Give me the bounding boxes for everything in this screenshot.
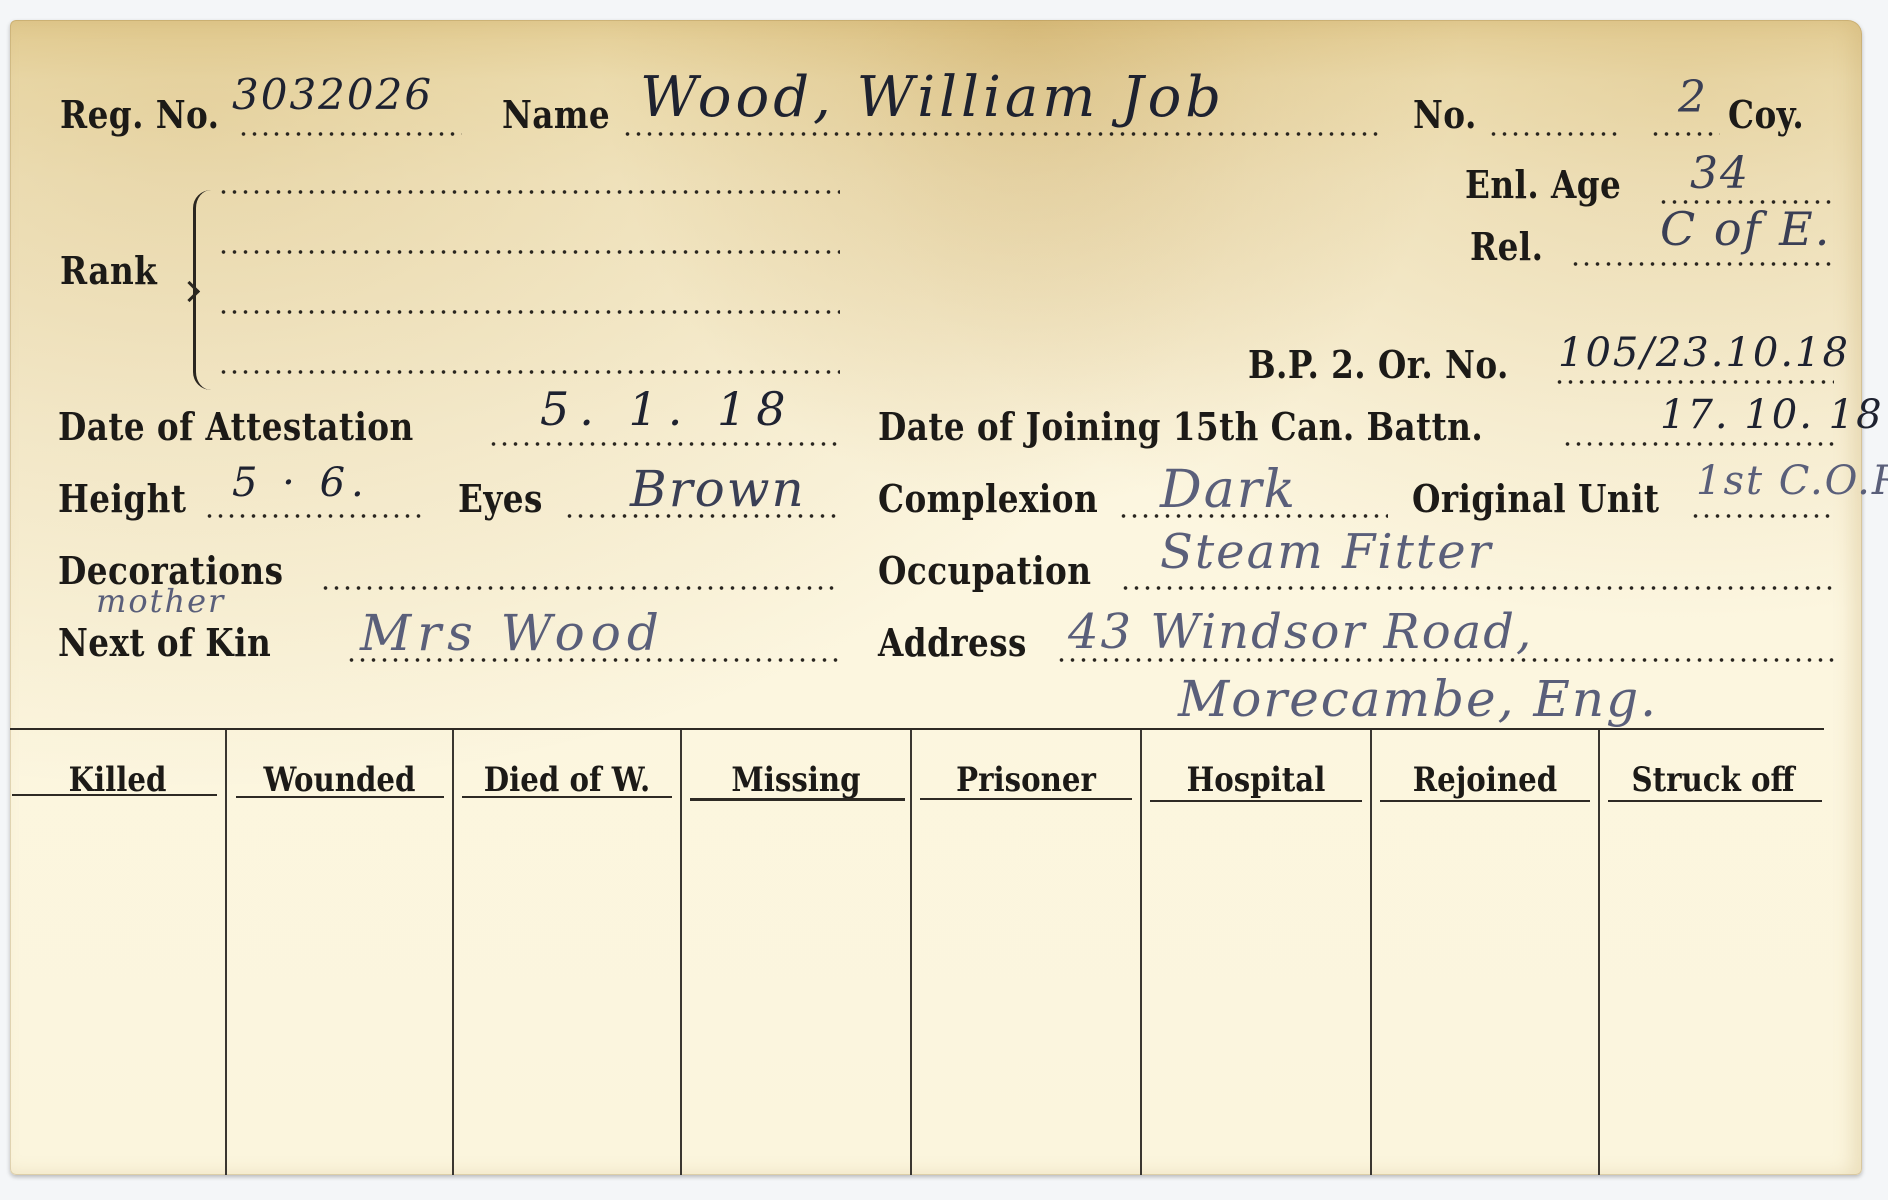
next-of-kin-value: Mrs Wood <box>360 604 665 662</box>
rank-brace-icon <box>193 190 218 390</box>
height-value: 5 · 6. <box>232 460 370 506</box>
date-of-joining-dots <box>1562 442 1834 446</box>
col-divider-5 <box>1140 730 1142 1175</box>
date-of-joining-value: 17. 10. 18 <box>1660 392 1884 438</box>
header-underline-1 <box>12 794 217 796</box>
eyes-value: Brown <box>630 460 806 518</box>
rank-line-3 <box>218 310 840 314</box>
col-divider-6 <box>1370 730 1372 1175</box>
coy-label: Coy. <box>1728 92 1804 137</box>
header-underline-3 <box>462 796 672 798</box>
next-of-kin-relation: mother <box>96 582 225 620</box>
table-top-rule <box>10 728 1824 730</box>
height-dots <box>204 514 424 518</box>
address-line-2: Morecambe, Eng. <box>1178 670 1658 728</box>
next-of-kin-label: Next of Kin <box>58 620 271 665</box>
complexion-value: Dark <box>1160 460 1297 520</box>
header-underline-2 <box>236 796 444 798</box>
original-unit-value: 1st C.O.R. <box>1696 458 1888 504</box>
column-header-died-of-wounds: Died of W. <box>470 760 664 800</box>
religion-dots <box>1570 262 1833 266</box>
header-underline-5 <box>920 798 1132 800</box>
header-underline-4 <box>690 798 905 801</box>
header-underline-6 <box>1150 800 1362 802</box>
column-header-rejoined: Rejoined <box>1388 760 1582 800</box>
column-header-missing: Missing <box>698 760 894 800</box>
name-value: Wood, William Job <box>640 65 1225 130</box>
date-of-attestation-label: Date of Attestation <box>58 404 414 449</box>
column-header-hospital: Hospital <box>1158 760 1354 800</box>
reg-no-value: 3032026 <box>232 70 433 119</box>
address-line-1: 43 Windsor Road, <box>1068 604 1533 660</box>
col-divider-1 <box>225 730 227 1175</box>
religion-value: C of E. <box>1660 202 1831 256</box>
header-underline-7 <box>1380 800 1590 802</box>
address-label: Address <box>878 620 1027 665</box>
col-divider-7 <box>1598 730 1600 1175</box>
company-no-dots <box>1488 132 1618 136</box>
occupation-dots <box>1120 586 1834 590</box>
enl-age-label: Enl. Age <box>1465 162 1621 207</box>
bp2-dots <box>1554 380 1834 384</box>
bp2-value: 105/23.10.18 <box>1558 330 1850 376</box>
rank-line-2 <box>218 250 840 254</box>
col-divider-2 <box>452 730 454 1175</box>
name-label: Name <box>502 92 610 137</box>
decorations-dots <box>320 586 840 590</box>
column-header-wounded: Wounded <box>243 760 437 800</box>
name-dots <box>622 132 1380 136</box>
col-divider-3 <box>680 730 682 1175</box>
occupation-label: Occupation <box>878 548 1091 593</box>
complexion-label: Complexion <box>878 476 1098 521</box>
col-divider-4 <box>910 730 912 1175</box>
bp2-label: B.P. 2. Or. No. <box>1248 342 1509 387</box>
original-unit-dots <box>1690 514 1834 518</box>
date-of-attestation-dots <box>488 442 840 446</box>
company-coy-dots <box>1650 132 1720 136</box>
eyes-label: Eyes <box>458 476 543 521</box>
reg-no-label: Reg. No. <box>60 92 219 137</box>
religion-label: Rel. <box>1470 224 1543 269</box>
enl-age-value: 34 <box>1690 148 1750 199</box>
column-header-prisoner: Prisoner <box>928 760 1124 800</box>
company-no-label: No. <box>1413 92 1477 137</box>
rank-line-4 <box>218 370 840 374</box>
date-of-joining-label: Date of Joining 15th Can. Battn. <box>878 404 1483 449</box>
header-underline-8 <box>1608 800 1822 802</box>
attestation-card: Reg. No. 3032026 Name Wood, William Job … <box>10 20 1862 1175</box>
original-unit-label: Original Unit <box>1412 476 1659 521</box>
column-header-struck-off: Struck off <box>1616 760 1810 800</box>
date-of-attestation-value: 5. 1. 18 <box>540 382 796 436</box>
reg-no-dots <box>238 132 462 136</box>
rank-label: Rank <box>60 248 157 293</box>
occupation-value: Steam Fitter <box>1160 524 1493 580</box>
height-label: Height <box>58 476 186 521</box>
rank-line-1 <box>218 190 840 194</box>
company-value: 2 <box>1678 72 1708 123</box>
